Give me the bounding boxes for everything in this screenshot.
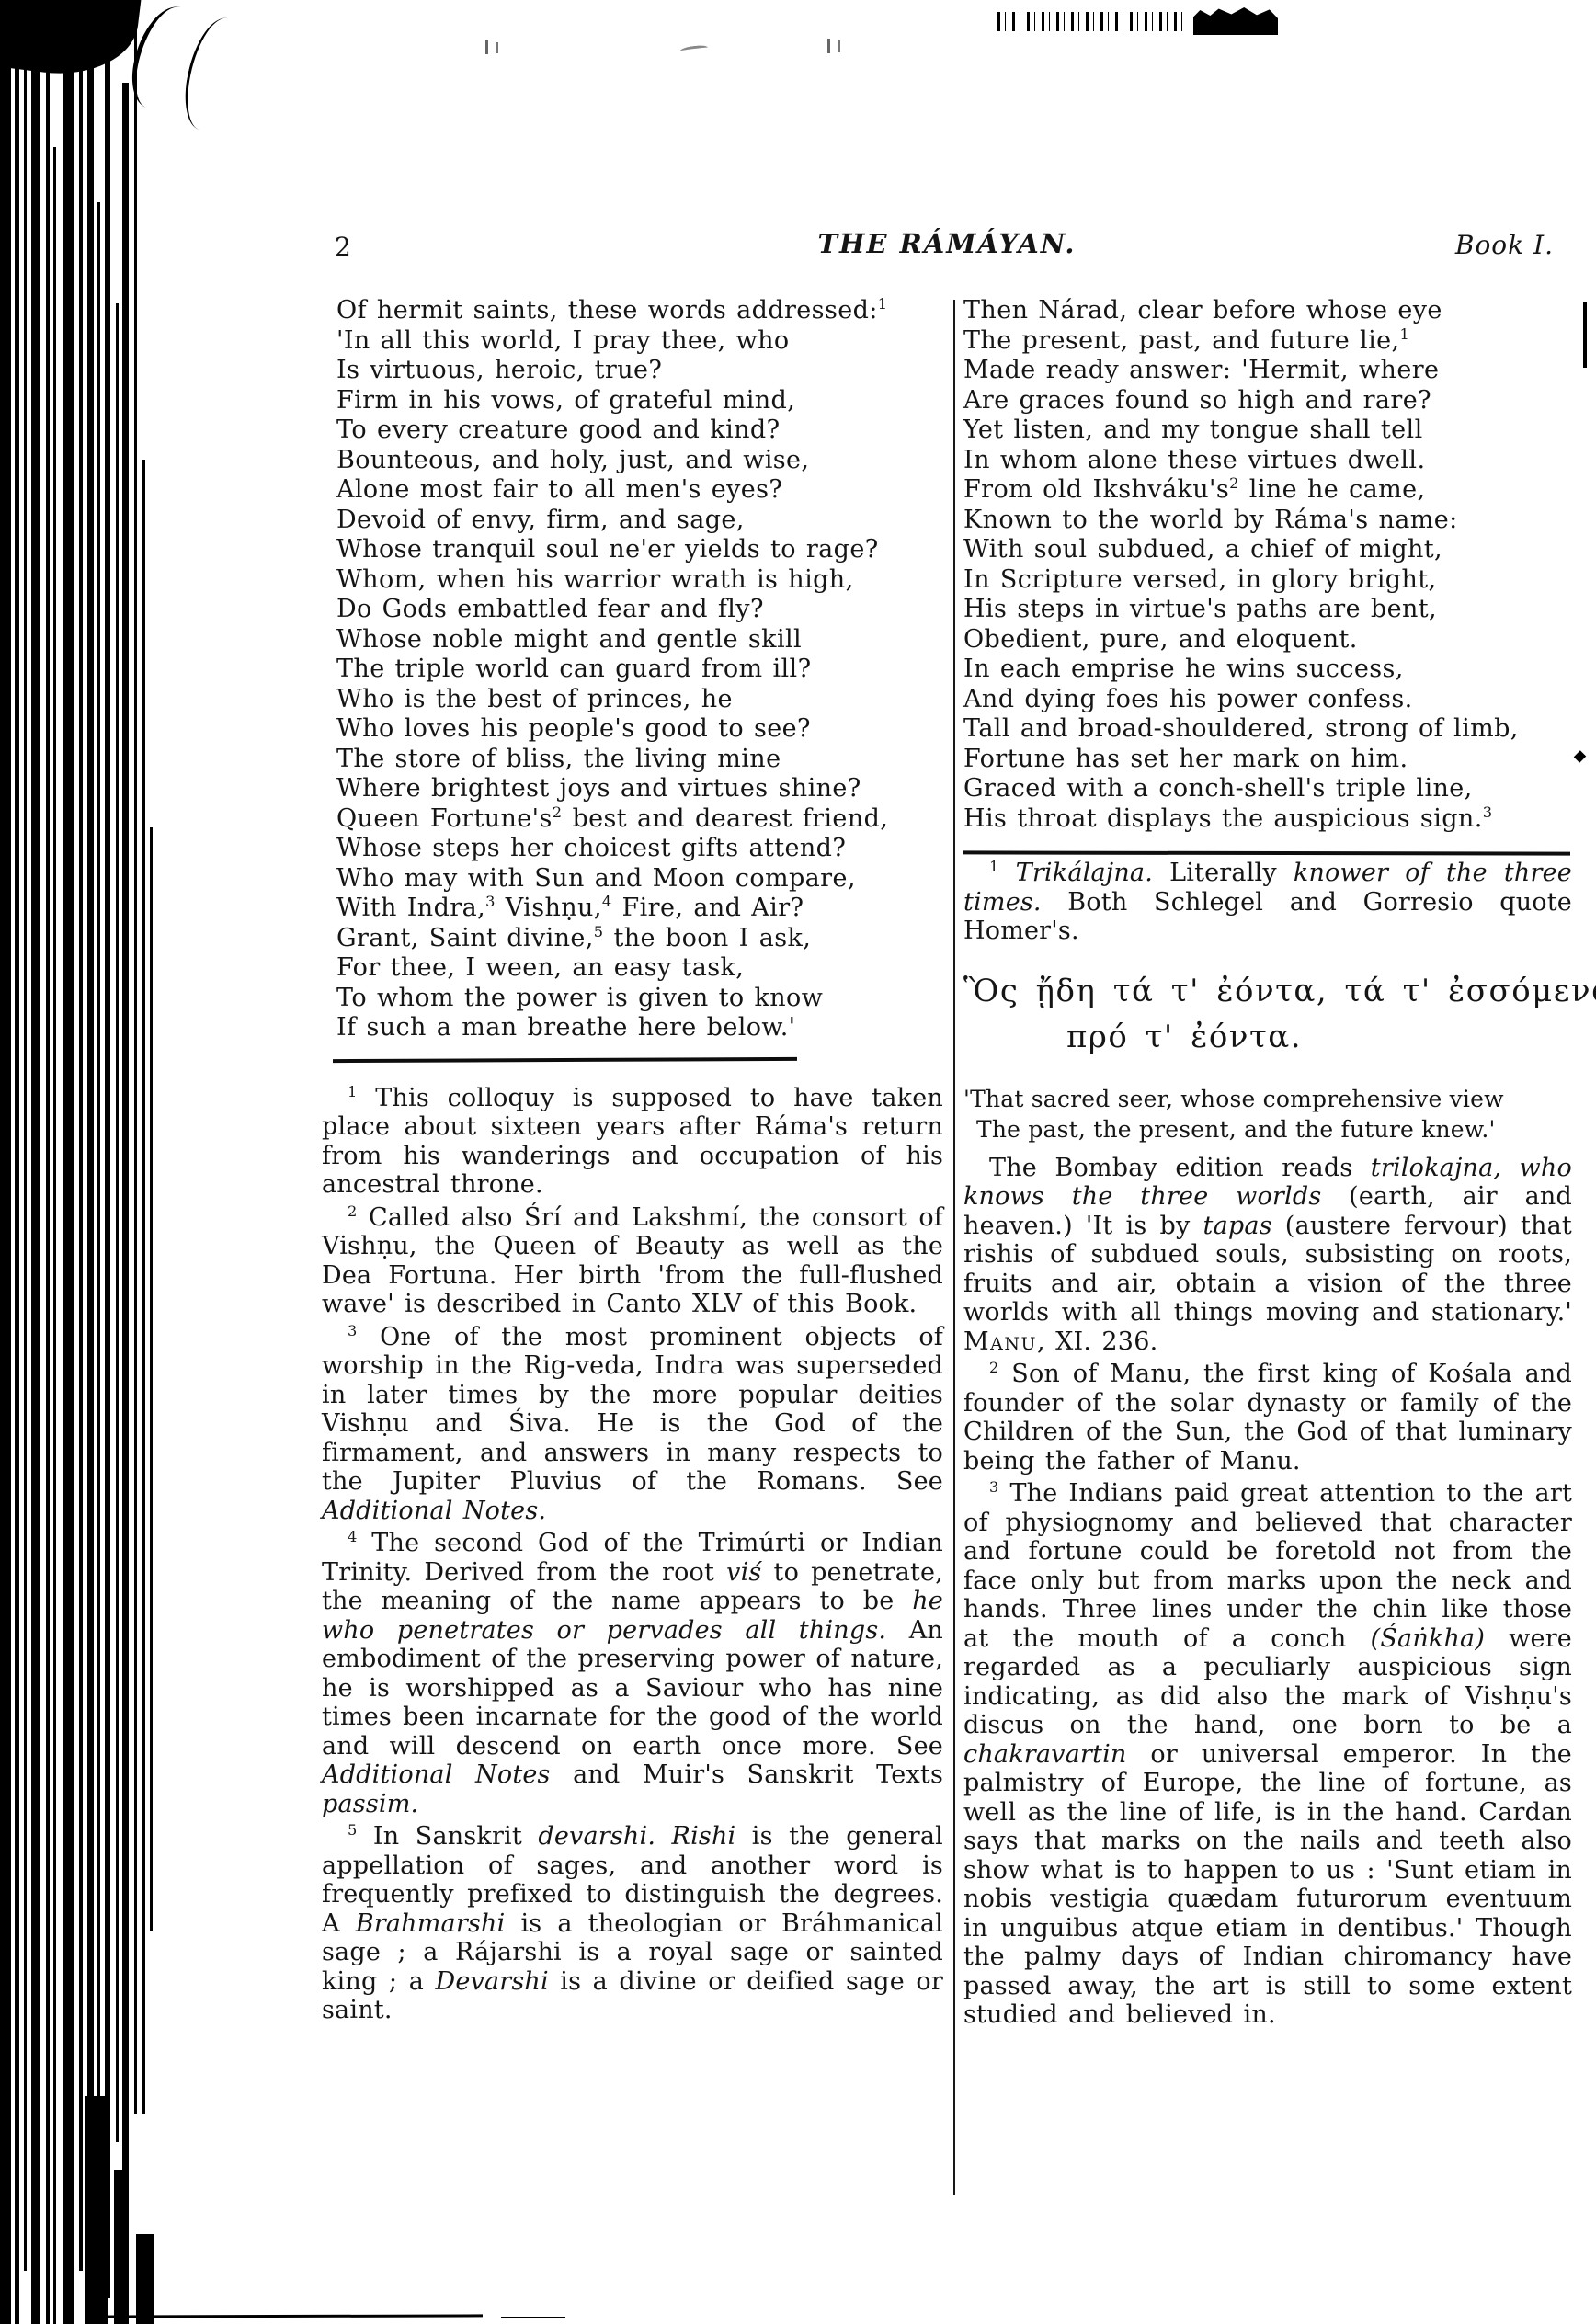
verse-line: With Indra,3 Vishṇu,4 Fire, and Air? <box>336 894 943 924</box>
verse-line: Is virtuous, heroic, true? <box>336 356 943 386</box>
scan-artifact <box>53 147 56 2324</box>
verse-line: Do Gods embattled fear and fly? <box>336 595 943 625</box>
scan-artifact <box>134 0 137 2114</box>
right-column: Then Nárad, clear before whose eyeThe pr… <box>963 296 1572 2030</box>
scan-artifact <box>496 42 498 53</box>
verse-line: Obedient, pure, and eloquent. <box>963 625 1572 655</box>
scan-artifact <box>46 0 50 2324</box>
verse-block-right: Then Nárad, clear before whose eyeThe pr… <box>963 296 1572 834</box>
scan-artifact <box>87 0 94 2324</box>
verse-block-left: Of hermit saints, these words addressed:… <box>322 296 943 1043</box>
scan-artifact <box>122 83 129 2324</box>
scan-artifact <box>116 303 119 2142</box>
verse-line: Who is the best of princes, he <box>336 685 943 715</box>
verse-line: Who may with Sun and Moon compare, <box>336 864 943 894</box>
scan-artifact <box>79 55 83 2271</box>
verse-line: Who loves his people's good to see? <box>336 714 943 745</box>
verse-line: Whose tranquil soul ne'er yields to rage… <box>336 535 943 565</box>
translation-line: 'That sacred seer, whose comprehensive v… <box>963 1084 1572 1114</box>
verse-line: Devoid of envy, firm, and sage, <box>336 506 943 536</box>
verse-line: With soul subdued, a chief of might, <box>963 535 1572 565</box>
verse-line: Tall and broad-shouldered, strong of lim… <box>963 714 1572 745</box>
verse-line: Bounteous, and holy, just, and wise, <box>336 446 943 476</box>
verse-line: His steps in virtue's paths are bent, <box>963 595 1572 625</box>
scan-artifact <box>680 44 709 54</box>
scan-artifact <box>15 0 19 2324</box>
scan-artifact <box>150 827 153 1931</box>
verse-line: Firm in his vows, of grateful mind, <box>336 386 943 416</box>
footnote: 2 Called also Śrí and Lakshmí, the conso… <box>322 1203 943 1319</box>
verse-line: Where brightest joys and virtues shine? <box>336 774 943 804</box>
scan-artifact <box>142 460 145 2114</box>
scan-artifact <box>31 37 40 2324</box>
footnotes-left: 1 This colloquy is supposed to have take… <box>322 1084 943 2025</box>
greek-line: Ὃς ᾔδη τά τ' ἐόντα, τά τ' ἐσσόμενα, <box>963 968 1572 1014</box>
scan-artifact <box>1583 302 1587 368</box>
verse-line: The triple world can guard from ill? <box>336 655 943 685</box>
page-header: 2 THE RÁMÁYAN. Book I. <box>322 228 1572 268</box>
verse-line: The store of bliss, the living mine <box>336 745 943 775</box>
verse-line: If such a man breathe here below.' <box>336 1013 943 1043</box>
verse-line: From old Ikshváku's2 line he came, <box>963 475 1572 506</box>
verse-line: His throat displays the auspicious sign.… <box>963 804 1572 835</box>
verse-line: To every creature good and kind? <box>336 416 943 446</box>
verse-line: Fortune has set her mark on him. <box>963 745 1572 775</box>
verse-line: Whose steps her choicest gifts attend? <box>336 834 943 864</box>
footnote: 1 Trikálajna. Literally knower of the th… <box>963 859 1572 946</box>
scan-artifact <box>114 2170 129 2324</box>
verse-line: Known to the world by Ráma's name: <box>963 506 1572 536</box>
verse-line: To whom the power is given to know <box>336 984 943 1014</box>
verse-line: Grant, Saint divine,5 the boon I ask, <box>336 924 943 954</box>
scan-artifact <box>997 12 1186 31</box>
footnote-paragraph: The Bombay edition reads trilokajna, who… <box>963 1154 1572 1357</box>
verse-line: 'In all this world, I pray thee, who <box>336 326 943 357</box>
page-title: THE RÁMÁYAN. <box>322 228 1572 259</box>
verse-line: Yet listen, and my tongue shall tell <box>963 416 1572 446</box>
scan-artifact <box>63 0 74 2324</box>
verse-line: Alone most fair to all men's eyes? <box>336 475 943 506</box>
scan-artifact <box>501 2317 565 2318</box>
footnote-rule-left <box>333 1056 797 1062</box>
footnote: 4 The second God of the Trimúrti or Indi… <box>322 1529 943 1818</box>
verse-line: In each emprise he wins success, <box>963 655 1572 685</box>
verse-line: Graced with a conch-shell's triple line, <box>963 774 1572 804</box>
footnote: 3 One of the most prominent objects of w… <box>322 1323 943 1526</box>
column-divider-rule <box>953 300 955 2195</box>
footnote-rule-right <box>963 850 1570 855</box>
greek-quotation: Ὃς ᾔδη τά τ' ἐόντα, τά τ' ἐσσόμενα,πρό τ… <box>963 968 1572 1060</box>
greek-line: πρό τ' ἐόντα. <box>963 1014 1572 1060</box>
verse-line: Whom, when his warrior wrath is high, <box>336 565 943 596</box>
scan-artifact <box>838 40 840 52</box>
verse-line: In Scripture versed, in glory bright, <box>963 565 1572 596</box>
scan-artifact <box>485 40 488 54</box>
footnote: 5 In Sanskrit devarshi. Rishi is the gen… <box>322 1822 943 2025</box>
translation-line: The past, the present, and the future kn… <box>963 1114 1572 1145</box>
footnote: 2 Son of Manu, the first king of Kośala … <box>963 1360 1572 1475</box>
scan-artifact <box>87 2314 483 2318</box>
scan-artifact <box>1193 7 1278 35</box>
scan-artifact <box>105 0 110 2298</box>
book-label: Book I. <box>1455 230 1554 260</box>
verse-line: Made ready answer: 'Hermit, where <box>963 356 1572 386</box>
quote-translation: 'That sacred seer, whose comprehensive v… <box>963 1084 1572 1145</box>
left-column: Of hermit saints, these words addressed:… <box>322 296 943 2025</box>
verse-line: And dying foes his power confess. <box>963 685 1572 715</box>
book-page-scan: 2 THE RÁMÁYAN. Book I. Of hermit saints,… <box>0 0 1596 2324</box>
scan-artifact <box>24 0 27 2271</box>
footnote: 1 This colloquy is supposed to have take… <box>322 1084 943 1200</box>
verse-line: Are graces found so high and rare? <box>963 386 1572 416</box>
scan-artifact <box>827 39 830 53</box>
scan-artifact <box>0 0 11 2324</box>
verse-line: The present, past, and future lie,1 <box>963 326 1572 357</box>
footnote: 3 The Indians paid great attention to th… <box>963 1479 1572 2030</box>
scan-artifact <box>1574 750 1586 762</box>
verse-line: Whose noble might and gentle skill <box>336 625 943 655</box>
verse-line: In whom alone these virtues dwell. <box>963 446 1572 476</box>
scan-artifact <box>97 202 100 2225</box>
verse-line: Then Nárad, clear before whose eye <box>963 296 1572 326</box>
verse-line: Of hermit saints, these words addressed:… <box>336 296 943 326</box>
scan-artifact <box>85 2096 108 2324</box>
verse-line: For thee, I ween, an easy task, <box>336 953 943 984</box>
verse-line: Queen Fortune's2 best and dearest friend… <box>336 804 943 835</box>
scan-artifact <box>136 2234 154 2324</box>
scan-artifact <box>0 0 143 83</box>
